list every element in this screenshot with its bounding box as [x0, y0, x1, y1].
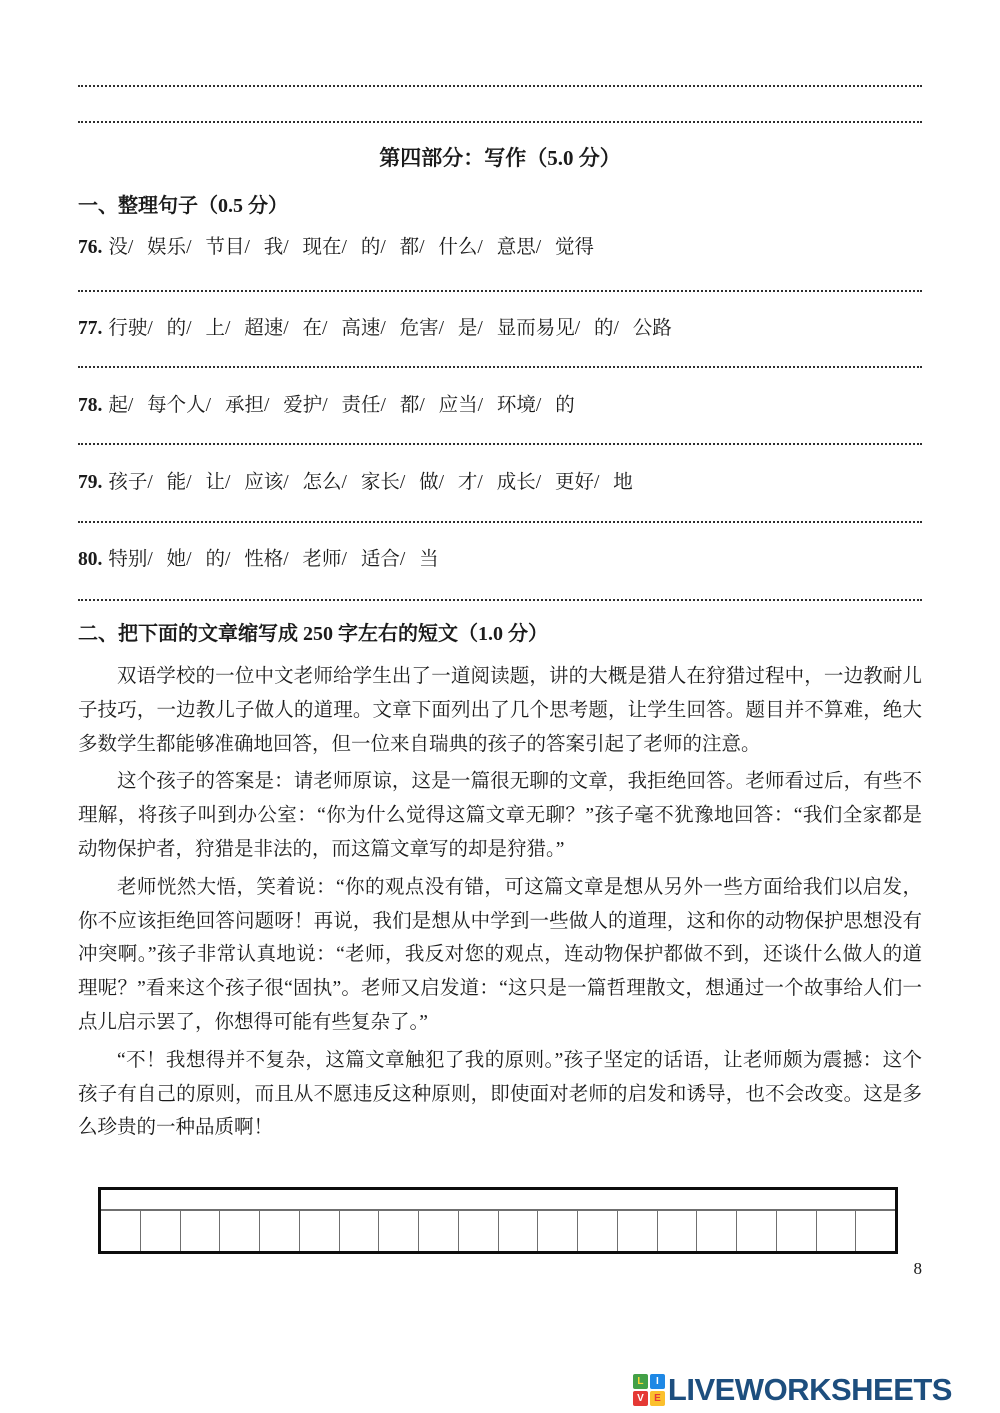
- logo-tile-e: E: [650, 1391, 665, 1406]
- grid-cell[interactable]: [499, 1211, 539, 1251]
- grid-cell[interactable]: [101, 1211, 141, 1251]
- grid-cell[interactable]: [618, 1211, 658, 1251]
- page-number: 8: [78, 1259, 922, 1279]
- item-number: 79.: [78, 472, 102, 493]
- sentence-item: 76.没/ 娱乐/ 节目/ 我/ 现在/ 的/ 都/ 什么/ 意思/ 觉得: [78, 234, 922, 261]
- logo-tile-i: I: [650, 1374, 665, 1389]
- item-words: 行驶/ 的/ 上/ 超速/ 在/ 高速/ 危害/ 是/ 显而易见/ 的/ 公路: [108, 318, 671, 339]
- answer-line[interactable]: [78, 521, 922, 523]
- page-content: 第四部分：写作（5.0 分） 一、整理句子（0.5 分） 76.没/ 娱乐/ 节…: [0, 85, 1000, 1279]
- grid-cell[interactable]: [141, 1211, 181, 1251]
- item-words: 起/ 每个人/ 承担/ 爱护/ 责任/ 都/ 应当/ 环境/ 的: [108, 395, 574, 416]
- logo-tile-v: V: [633, 1391, 648, 1406]
- grid-cell[interactable]: [538, 1211, 578, 1251]
- answer-line[interactable]: [78, 443, 922, 445]
- grid-cell[interactable]: [379, 1211, 419, 1251]
- item-words: 没/ 娱乐/ 节目/ 我/ 现在/ 的/ 都/ 什么/ 意思/ 觉得: [108, 237, 594, 258]
- sentence-item: 77.行驶/ 的/ 上/ 超速/ 在/ 高速/ 危害/ 是/ 显而易见/ 的/ …: [78, 315, 922, 342]
- liveworksheets-logo[interactable]: L I V E LIVEWORKSHEETS: [633, 1372, 952, 1408]
- sentence-item: 78.起/ 每个人/ 承担/ 爱护/ 责任/ 都/ 应当/ 环境/ 的: [78, 392, 922, 419]
- grid-cell[interactable]: [777, 1211, 817, 1251]
- worksheet-page: 第四部分：写作（5.0 分） 一、整理句子（0.5 分） 76.没/ 娱乐/ 节…: [0, 0, 1000, 1413]
- part1-heading: 一、整理句子（0.5 分）: [78, 193, 922, 220]
- grid-cell[interactable]: [737, 1211, 777, 1251]
- grid-cell[interactable]: [181, 1211, 221, 1251]
- section-title: 第四部分：写作（5.0 分）: [78, 143, 922, 173]
- grid-cell[interactable]: [459, 1211, 499, 1251]
- writing-grid-cells: [101, 1211, 895, 1251]
- sentence-item: 80.特别/ 她/ 的/ 性格/ 老师/ 适合/ 当: [78, 546, 922, 573]
- grid-cell[interactable]: [578, 1211, 618, 1251]
- grid-cell[interactable]: [340, 1211, 380, 1251]
- grid-cell[interactable]: [658, 1211, 698, 1251]
- answer-line[interactable]: [78, 366, 922, 368]
- grid-cell[interactable]: [856, 1211, 895, 1251]
- answer-line[interactable]: [78, 121, 922, 123]
- part2-heading: 二、把下面的文章缩写成 250 字左右的短文（1.0 分）: [78, 621, 922, 648]
- writing-grid-header[interactable]: [101, 1190, 895, 1211]
- item-number: 77.: [78, 318, 102, 339]
- writing-grid: [98, 1187, 898, 1254]
- grid-cell[interactable]: [220, 1211, 260, 1251]
- answer-line[interactable]: [78, 599, 922, 601]
- brand-wordmark: LIVEWORKSHEETS: [668, 1372, 952, 1408]
- item-number: 80.: [78, 549, 102, 570]
- story-text: 双语学校的一位中文老师给学生出了一道阅读题，讲的大概是猎人在狩猎过程中，一边教耐…: [78, 660, 922, 1145]
- answer-line[interactable]: [78, 290, 922, 292]
- logo-tile-l: L: [633, 1374, 648, 1389]
- grid-cell[interactable]: [300, 1211, 340, 1251]
- liveworksheets-icon: L I V E: [633, 1374, 665, 1406]
- grid-cell[interactable]: [260, 1211, 300, 1251]
- item-number: 76.: [78, 237, 102, 258]
- item-words: 特别/ 她/ 的/ 性格/ 老师/ 适合/ 当: [108, 549, 438, 570]
- grid-cell[interactable]: [419, 1211, 459, 1251]
- item-words: 孩子/ 能/ 让/ 应该/ 怎么/ 家长/ 做/ 才/ 成长/ 更好/ 地: [108, 472, 632, 493]
- story-paragraph: “不！我想得并不复杂，这篇文章触犯了我的原则。”孩子坚定的话语，让老师颇为震撼：…: [78, 1044, 922, 1145]
- story-paragraph: 老师恍然大悟，笑着说：“你的观点没有错，可这篇文章是想从另外一些方面给我们以启发…: [78, 871, 922, 1040]
- story-paragraph: 双语学校的一位中文老师给学生出了一道阅读题，讲的大概是猎人在狩猎过程中，一边教耐…: [78, 660, 922, 761]
- grid-cell[interactable]: [697, 1211, 737, 1251]
- grid-cell[interactable]: [817, 1211, 857, 1251]
- answer-line[interactable]: [78, 85, 922, 87]
- item-number: 78.: [78, 395, 102, 416]
- story-paragraph: 这个孩子的答案是：请老师原谅，这是一篇很无聊的文章，我拒绝回答。老师看过后，有些…: [78, 765, 922, 866]
- sentence-item: 79.孩子/ 能/ 让/ 应该/ 怎么/ 家长/ 做/ 才/ 成长/ 更好/ 地: [78, 469, 922, 496]
